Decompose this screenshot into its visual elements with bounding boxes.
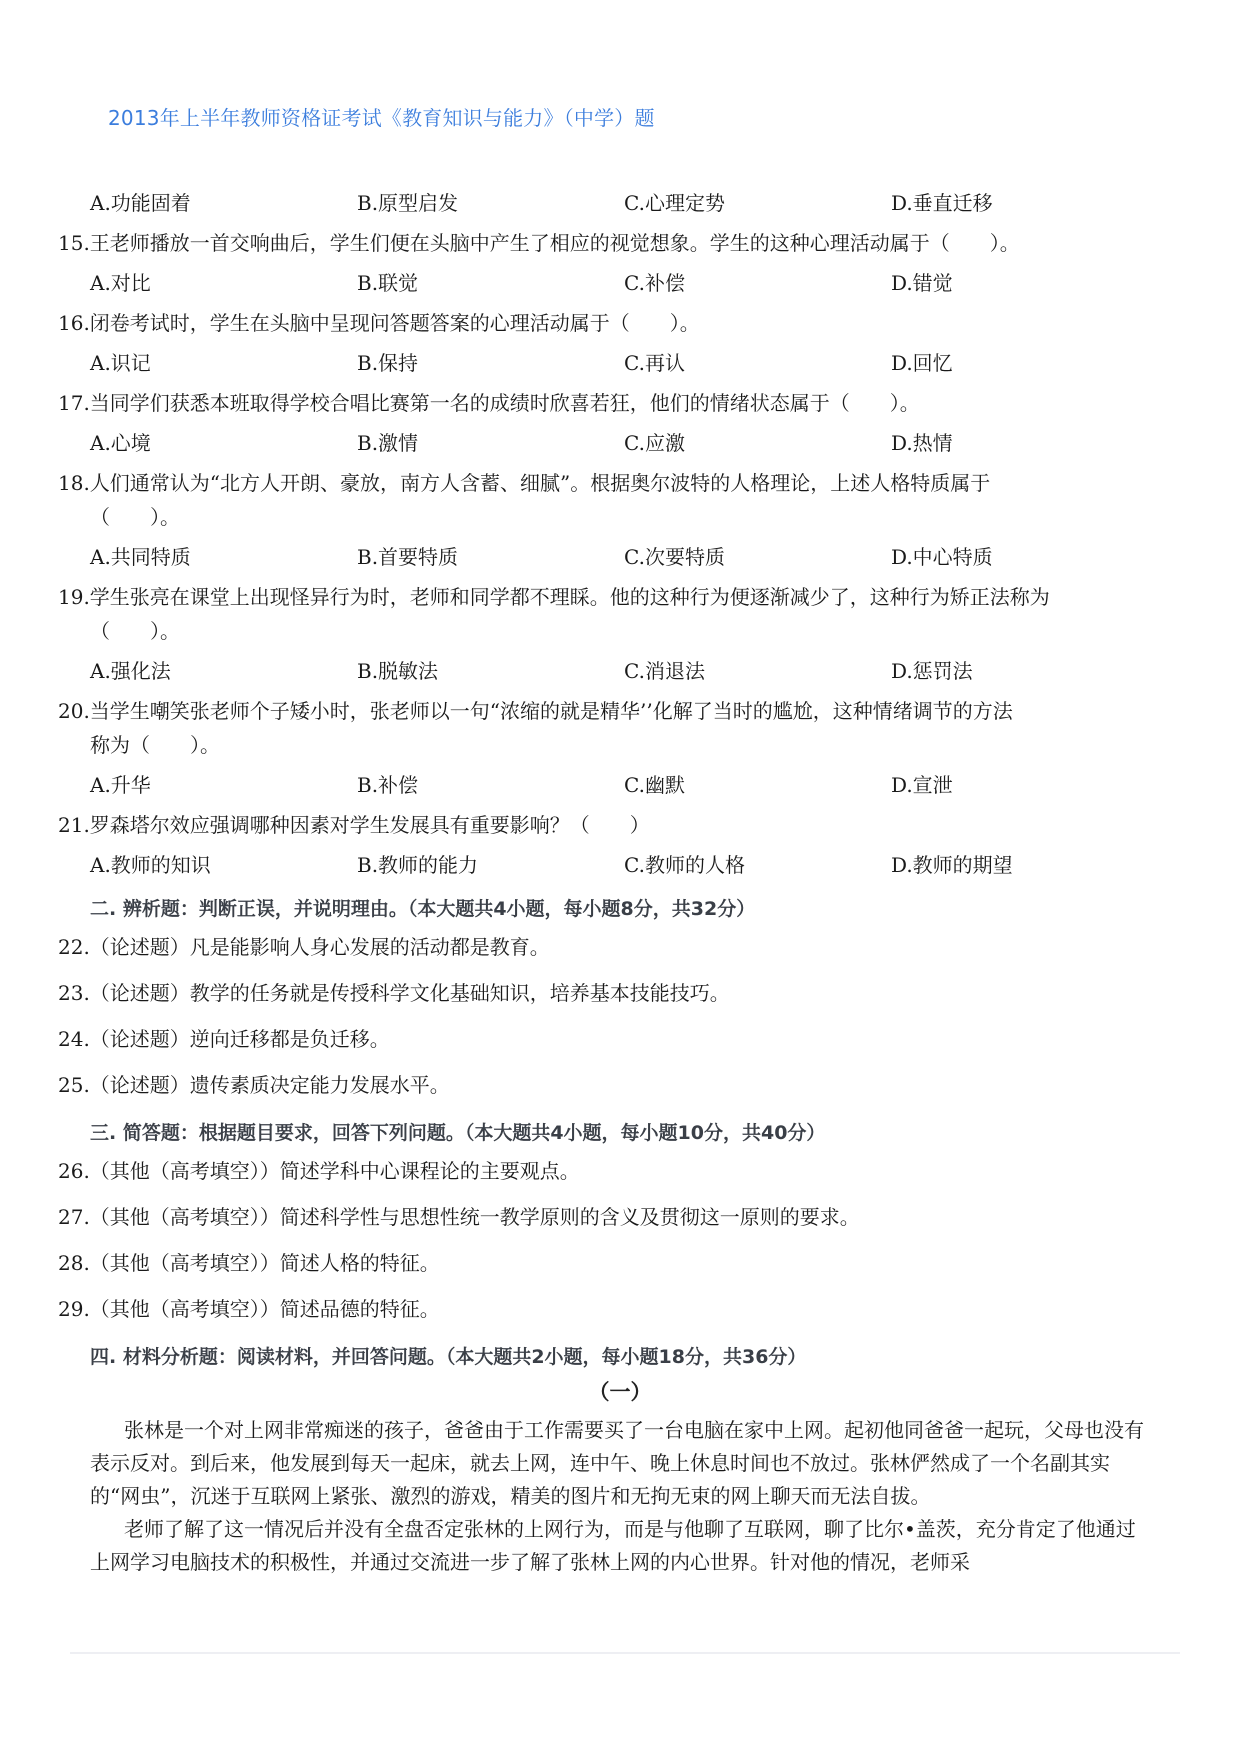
document-title: 2013年上半年教师资格证考试《教育知识与能力》（中学）题	[108, 102, 655, 131]
option-c: C.教师的人格	[624, 852, 745, 878]
question-15: 15.王老师播放一首交响曲后，学生们便在头脑中产生了相应的视觉想象。学生的这种心…	[58, 230, 1020, 256]
question-17: 17.当同学们获悉本班取得学校合唱比赛第一名的成绩时欣喜若狂，他们的情绪状态属于…	[58, 390, 920, 416]
option-b: B.原型启发	[357, 190, 458, 216]
option-b: B.保持	[357, 350, 418, 376]
option-d: D.惩罚法	[891, 658, 973, 684]
question-19: 19.学生张亮在课堂上出现怪异行为时，老师和同学都不理睬。他的这种行为便逐渐减少…	[58, 584, 1050, 610]
option-a: A.共同特质	[90, 544, 191, 570]
option-b: B.补偿	[357, 772, 418, 798]
option-c: C.补偿	[624, 270, 685, 296]
option-c: C.应激	[624, 430, 685, 456]
section-2-heading: 二. 辨析题：判断正误，并说明理由。（本大题共4小题，每小题8分，共32分）	[90, 894, 755, 921]
question-22: 22.（论述题）凡是能影响人身心发展的活动都是教育。	[58, 934, 550, 960]
question-26: 26.（其他（高考填空））简述学科中心课程论的主要观点。	[58, 1158, 580, 1184]
question-21: 21.罗森塔尔效应强调哪种因素对学生发展具有重要影响？（ ）	[58, 812, 650, 838]
section-3-heading: 三. 简答题：根据题目要求，回答下列问题。（本大题共4小题，每小题10分，共40…	[90, 1118, 825, 1145]
material-text: 张林是一个对上网非常痴迷的孩子，爸爸由于工作需要买了一台电脑在家中上网。起初他同…	[90, 1414, 1150, 1579]
option-d: D.中心特质	[891, 544, 993, 570]
question-18-cont: （ ）。	[90, 504, 180, 530]
question-18: 18.人们通常认为“北方人开朗、豪放，南方人含蓄、细腻”。根据奥尔波特的人格理论…	[58, 470, 990, 496]
option-b: B.联觉	[357, 270, 418, 296]
question-23: 23.（论述题）教学的任务就是传授科学文化基础知识，培养基本技能技巧。	[58, 980, 730, 1006]
page-divider	[70, 1652, 1180, 1654]
section-4-heading: 四. 材料分析题：阅读材料，并回答问题。（本大题共2小题，每小题18分，共36分…	[90, 1342, 806, 1369]
option-a: A.识记	[90, 350, 151, 376]
option-b: B.教师的能力	[357, 852, 478, 878]
material-paragraph-1: 张林是一个对上网非常痴迷的孩子，爸爸由于工作需要买了一台电脑在家中上网。起初他同…	[90, 1414, 1150, 1513]
option-a: A.心境	[90, 430, 151, 456]
material-paragraph-2: 老师了解了这一情况后并没有全盘否定张林的上网行为，而是与他聊了互联网，聊了比尔•…	[90, 1513, 1150, 1579]
option-a: A.功能固着	[90, 190, 191, 216]
option-c: C.消退法	[624, 658, 705, 684]
option-b: B.脱敏法	[357, 658, 438, 684]
option-c: C.再认	[624, 350, 685, 376]
option-b: B.首要特质	[357, 544, 458, 570]
question-20-cont: 称为（ ）。	[90, 732, 220, 758]
option-d: D.垂直迁移	[891, 190, 993, 216]
option-d: D.热情	[891, 430, 953, 456]
question-24: 24.（论述题）逆向迁移都是负迁移。	[58, 1026, 390, 1052]
option-b: B.激情	[357, 430, 418, 456]
option-a: A.对比	[90, 270, 151, 296]
option-c: C.心理定势	[624, 190, 725, 216]
option-d: D.错觉	[891, 270, 953, 296]
material-1-heading: （一）	[0, 1376, 1240, 1406]
question-25: 25.（论述题）遗传素质决定能力发展水平。	[58, 1072, 450, 1098]
question-28: 28.（其他（高考填空））简述人格的特征。	[58, 1250, 440, 1276]
question-19-cont: （ ）。	[90, 618, 180, 644]
option-d: D.回忆	[891, 350, 953, 376]
option-a: A.升华	[90, 772, 151, 798]
question-20: 20.当学生嘲笑张老师个子矮小时，张老师以一句“浓缩的就是精华’’化解了当时的尴…	[58, 698, 1013, 724]
option-d: D.宣泄	[891, 772, 953, 798]
option-a: A.教师的知识	[90, 852, 211, 878]
option-a: A.强化法	[90, 658, 171, 684]
option-c: C.次要特质	[624, 544, 725, 570]
question-29: 29.（其他（高考填空））简述品德的特征。	[58, 1296, 440, 1322]
question-16: 16.闭卷考试时，学生在头脑中呈现问答题答案的心理活动属于（ ）。	[58, 310, 700, 336]
question-27: 27.（其他（高考填空））简述科学性与思想性统一教学原则的含义及贯彻这一原则的要…	[58, 1204, 860, 1230]
option-c: C.幽默	[624, 772, 685, 798]
option-d: D.教师的期望	[891, 852, 1013, 878]
